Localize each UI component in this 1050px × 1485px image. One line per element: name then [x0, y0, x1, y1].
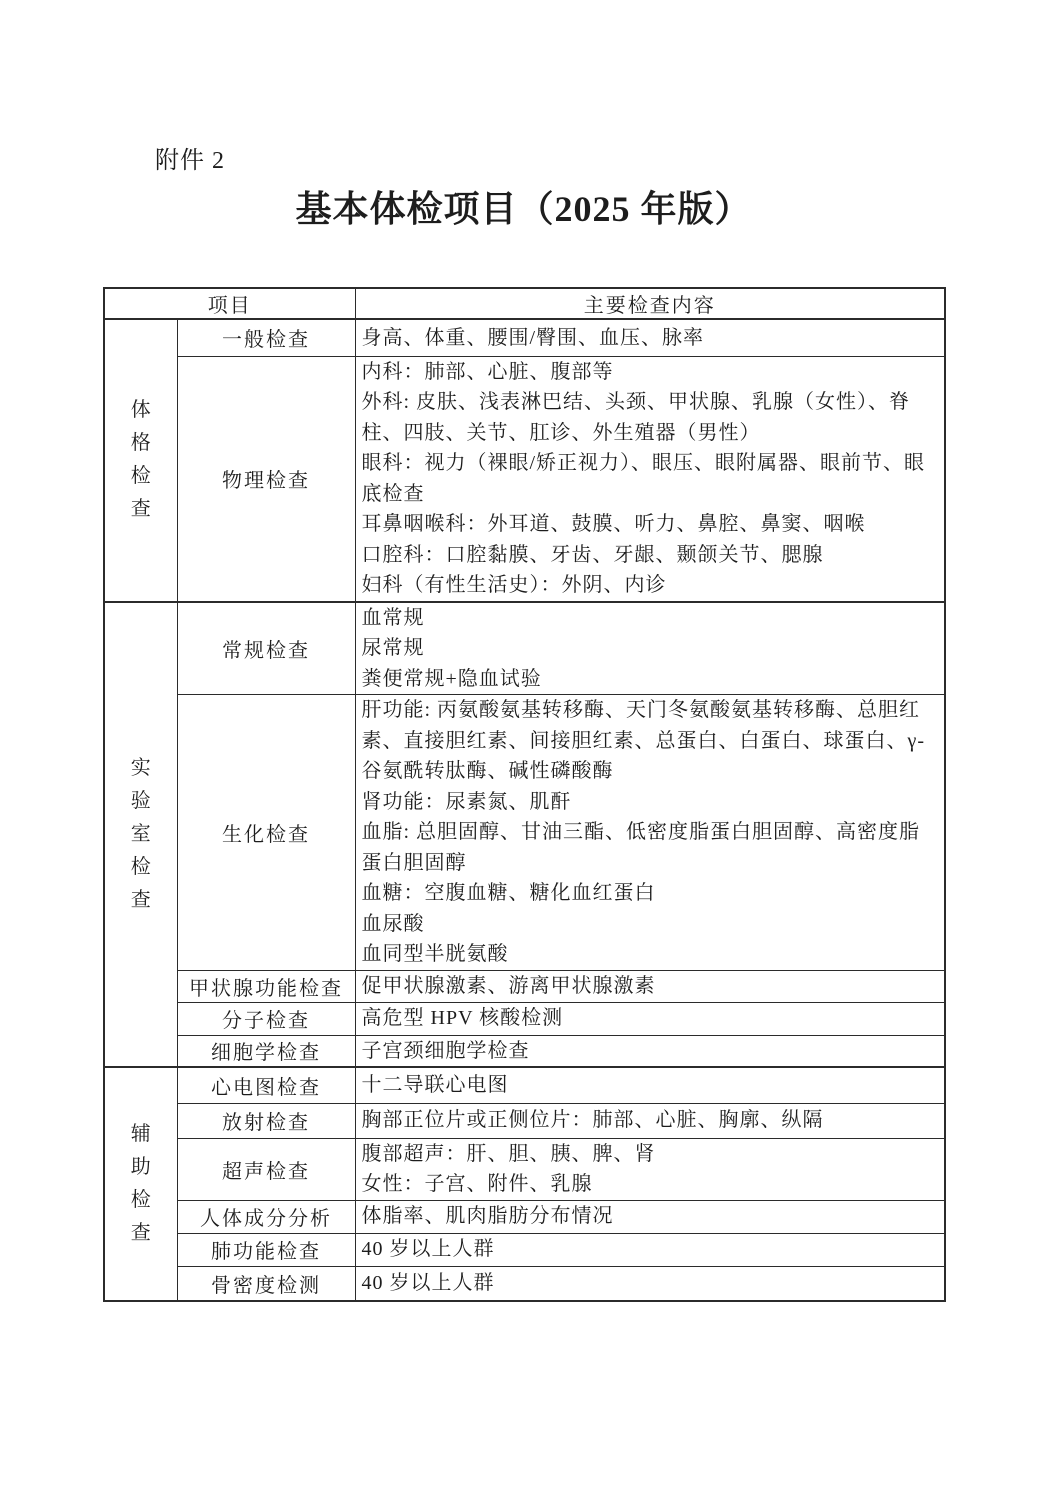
category-cell-laboratory: 实 验 室 检 查 — [104, 602, 177, 1068]
content-cell: 肝功能: 丙氨酸氨基转移酶、天门冬氨酸氨基转移酶、总胆红素、直接胆红素、间接胆红… — [355, 695, 945, 971]
item-cell: 肺功能检查 — [177, 1233, 355, 1266]
item-cell: 放射检查 — [177, 1103, 355, 1138]
item-cell: 生化检查 — [177, 695, 355, 971]
item-cell: 一般检查 — [177, 319, 355, 356]
item-cell: 人体成分分析 — [177, 1200, 355, 1233]
category-char: 室 — [111, 818, 171, 851]
category-char: 验 — [111, 785, 171, 818]
content-line: 胸部正位片或正侧位片：肺部、心脏、胸廓、纵隔 — [362, 1105, 939, 1136]
category-char: 助 — [111, 1151, 171, 1184]
attachment-label: 附件 2 — [155, 140, 225, 175]
content-cell: 子宫颈细胞学检查 — [355, 1035, 945, 1067]
content-line: 体脂率、肌肉脂肪分布情况 — [362, 1201, 939, 1232]
content-line: 血脂: 总胆固醇、甘油三酯、低密度脂蛋白胆固醇、高密度脂蛋白胆固醇 — [362, 817, 939, 878]
content-cell: 腹部超声：肝、胆、胰、脾、肾 女性：子宫、附件、乳腺 — [355, 1138, 945, 1200]
item-cell: 常规检查 — [177, 602, 355, 695]
content-cell: 高危型 HPV 核酸检测 — [355, 1002, 945, 1035]
table-row: 分子检查 高危型 HPV 核酸检测 — [104, 1002, 945, 1035]
table-row: 骨密度检测 40 岁以上人群 — [104, 1266, 945, 1301]
content-cell: 内科：肺部、心脏、腹部等 外科: 皮肤、浅表淋巴结、头颈、甲状腺、乳腺（女性）、… — [355, 356, 945, 602]
table-header-row: 项目 主要检查内容 — [104, 288, 945, 319]
content-line: 子宫颈细胞学检查 — [362, 1036, 939, 1067]
category-char: 检 — [111, 460, 171, 493]
table-row: 肺功能检查 40 岁以上人群 — [104, 1233, 945, 1266]
item-cell: 心电图检查 — [177, 1067, 355, 1103]
content-cell: 十二导联心电图 — [355, 1067, 945, 1103]
content-line: 腹部超声：肝、胆、胰、脾、肾 — [362, 1139, 939, 1170]
content-line: 40 岁以上人群 — [362, 1234, 939, 1265]
content-line: 血尿酸 — [362, 909, 939, 940]
category-char: 体 — [111, 394, 171, 427]
content-line: 眼科：视力（裸眼/矫正视力）、眼压、眼附属器、眼前节、眼底检查 — [362, 448, 939, 509]
content-line: 身高、体重、腰围/臀围、血压、脉率 — [362, 323, 939, 354]
content-line: 耳鼻咽喉科：外耳道、鼓膜、听力、鼻腔、鼻窦、咽喉 — [362, 509, 939, 540]
content-line: 40 岁以上人群 — [362, 1268, 939, 1299]
content-line: 口腔科：口腔黏膜、牙齿、牙龈、颞颌关节、腮腺 — [362, 540, 939, 571]
category-char: 查 — [111, 1217, 171, 1250]
content-line: 女性：子宫、附件、乳腺 — [362, 1169, 939, 1200]
table-row: 体 格 检 查 一般检查 身高、体重、腰围/臀围、血压、脉率 — [104, 319, 945, 356]
table-row: 甲状腺功能检查 促甲状腺激素、游离甲状腺激素 — [104, 970, 945, 1002]
category-char: 查 — [111, 493, 171, 526]
category-char: 格 — [111, 427, 171, 460]
content-cell: 促甲状腺激素、游离甲状腺激素 — [355, 970, 945, 1002]
document-title: 基本体检项目（2025 年版） — [103, 181, 944, 232]
category-char: 检 — [111, 1184, 171, 1217]
content-cell: 胸部正位片或正侧位片：肺部、心脏、胸廓、纵隔 — [355, 1103, 945, 1138]
content-line: 妇科（有性生活史）：外阴、内诊 — [362, 570, 939, 601]
item-cell: 甲状腺功能检查 — [177, 970, 355, 1002]
item-cell: 物理检查 — [177, 356, 355, 602]
content-line: 十二导联心电图 — [362, 1070, 939, 1101]
table-row: 细胞学检查 子宫颈细胞学检查 — [104, 1035, 945, 1067]
content-line: 血同型半胱氨酸 — [362, 939, 939, 970]
content-line: 尿常规 — [362, 633, 939, 664]
table-row: 实 验 室 检 查 常规检查 血常规 尿常规 粪便常规+隐血试验 — [104, 602, 945, 695]
content-line: 血常规 — [362, 603, 939, 634]
content-line: 外科: 皮肤、浅表淋巴结、头颈、甲状腺、乳腺（女性）、脊柱、四肢、关节、肛诊、外… — [362, 387, 939, 448]
category-cell-physical: 体 格 检 查 — [104, 319, 177, 602]
content-cell: 40 岁以上人群 — [355, 1266, 945, 1301]
content-cell: 40 岁以上人群 — [355, 1233, 945, 1266]
content-line: 粪便常规+隐血试验 — [362, 664, 939, 695]
item-cell: 分子检查 — [177, 1002, 355, 1035]
table-row: 物理检查 内科：肺部、心脏、腹部等 外科: 皮肤、浅表淋巴结、头颈、甲状腺、乳腺… — [104, 356, 945, 602]
item-cell: 超声检查 — [177, 1138, 355, 1200]
table-row: 超声检查 腹部超声：肝、胆、胰、脾、肾 女性：子宫、附件、乳腺 — [104, 1138, 945, 1200]
table-row: 人体成分分析 体脂率、肌肉脂肪分布情况 — [104, 1200, 945, 1233]
table-header-item: 项目 — [104, 288, 355, 319]
table-header-content: 主要检查内容 — [355, 288, 945, 319]
content-cell: 血常规 尿常规 粪便常规+隐血试验 — [355, 602, 945, 695]
content-line: 肾功能：尿素氮、肌酐 — [362, 787, 939, 818]
table-row: 放射检查 胸部正位片或正侧位片：肺部、心脏、胸廓、纵隔 — [104, 1103, 945, 1138]
content-cell: 身高、体重、腰围/臀围、血压、脉率 — [355, 319, 945, 356]
category-char: 辅 — [111, 1118, 171, 1151]
content-line: 促甲状腺激素、游离甲状腺激素 — [362, 971, 939, 1002]
item-cell: 细胞学检查 — [177, 1035, 355, 1067]
content-line: 肝功能: 丙氨酸氨基转移酶、天门冬氨酸氨基转移酶、总胆红素、直接胆红素、间接胆红… — [362, 695, 939, 787]
item-cell: 骨密度检测 — [177, 1266, 355, 1301]
exam-table: 项目 主要检查内容 体 格 检 查 一般检查 身高、体重、腰围/臀围、血压、脉率… — [103, 287, 946, 1302]
category-char: 检 — [111, 851, 171, 884]
content-line: 高危型 HPV 核酸检测 — [362, 1003, 939, 1034]
table-row: 辅 助 检 查 心电图检查 十二导联心电图 — [104, 1067, 945, 1103]
content-line: 血糖：空腹血糖、糖化血红蛋白 — [362, 878, 939, 909]
category-char: 实 — [111, 752, 171, 785]
table-row: 生化检查 肝功能: 丙氨酸氨基转移酶、天门冬氨酸氨基转移酶、总胆红素、直接胆红素… — [104, 695, 945, 971]
content-cell: 体脂率、肌肉脂肪分布情况 — [355, 1200, 945, 1233]
content-line: 内科：肺部、心脏、腹部等 — [362, 357, 939, 388]
category-cell-auxiliary: 辅 助 检 查 — [104, 1067, 177, 1301]
category-char: 查 — [111, 884, 171, 917]
